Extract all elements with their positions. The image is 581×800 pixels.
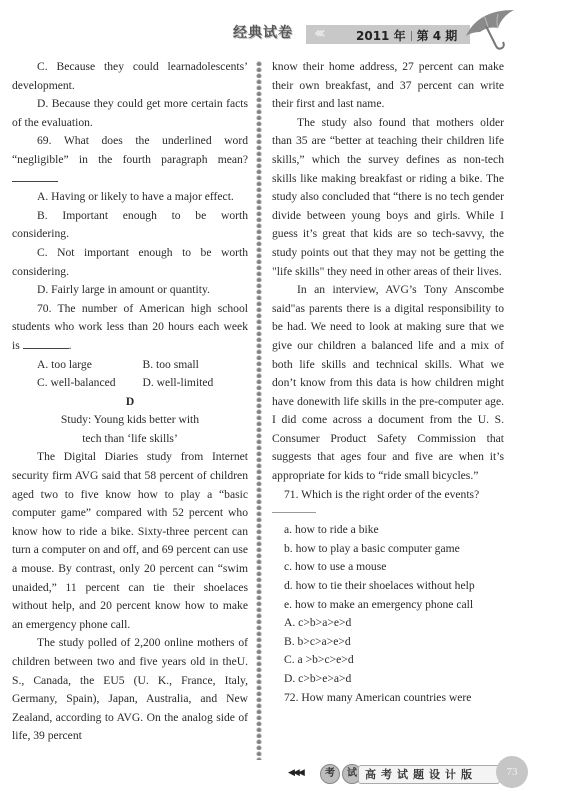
q70-options-row-1: A. too large B. too small <box>12 356 248 375</box>
page-number: 73 <box>496 756 528 788</box>
year-label: 2011 年 <box>356 29 406 43</box>
q70-option-b: B. too small <box>143 356 249 375</box>
arrows-icon: ◀◀◀ <box>288 768 303 778</box>
footer-title: 高考试题设计版 <box>365 766 477 783</box>
q68-option-c: C. Because they could learnadolescents’ … <box>12 58 248 95</box>
chevrons-icon: ‹‹‹ <box>314 23 322 42</box>
article-paragraph-2: The study polled of 2,200 online mothers… <box>12 634 248 746</box>
q70-option-c: C. well-balanced <box>37 374 143 393</box>
page-header: 经典试卷 ‹‹‹ 2011 年第 4 期 <box>0 0 581 50</box>
q71-item: c. how to use a mouse <box>272 558 504 577</box>
q71-option-d: D. c>b>e>a>d <box>272 670 504 689</box>
q68-option-d: D. Because they could get more certain f… <box>12 95 248 132</box>
q69-option-c: C. Not important enough to be worth cons… <box>12 244 248 281</box>
article-title-line-1: Study: Young kids better with <box>12 411 248 430</box>
issue-bar: ‹‹‹ 2011 年第 4 期 <box>306 25 470 44</box>
q69-option-d: D. Fairly large in amount or quantity. <box>12 281 248 300</box>
q70-stem: 70. The number of American high school s… <box>12 300 248 356</box>
article-paragraph-2-continued: know their home address, 27 percent can … <box>272 58 504 114</box>
q69-option-a: A. Having or likely to have a major effe… <box>12 188 248 207</box>
magazine-logo: 经典试卷 <box>233 22 293 42</box>
q69-stem: 69. What does the underlined word “negli… <box>12 132 248 188</box>
answer-blank <box>12 171 58 182</box>
issue-separator <box>411 31 412 41</box>
q71-stem: 71. Which is the right order of the even… <box>272 486 504 505</box>
q71-option-c: C. a >b>c>e>d <box>272 651 504 670</box>
article-title-line-2: tech than ‘life skills’ <box>12 430 248 449</box>
q70-option-a: A. too large <box>37 356 143 375</box>
q71-option-a: A. c>b>a>e>d <box>272 614 504 633</box>
q70-options-row-2: C. well-balanced D. well-limited <box>12 374 248 393</box>
issue-label: 2011 年第 4 期 <box>356 27 457 44</box>
article-paragraph-3: The study also found that mothers older … <box>272 114 504 281</box>
article-paragraph-1: The Digital Diaries study from Internet … <box>12 448 248 634</box>
page-footer: ◀◀◀ 考 试 高考试题设计版 73 <box>288 760 548 790</box>
footer-badge-kao: 考 <box>320 764 340 784</box>
q71-item: a. how to ride a bike <box>272 521 504 540</box>
column-divider <box>255 60 263 760</box>
q71-item: e. how to make an emergency phone call <box>272 596 504 615</box>
answer-blank <box>23 338 69 349</box>
q71-item: b. how to play a basic computer game <box>272 540 504 559</box>
left-column: C. Because they could learnadolescents’ … <box>12 58 248 746</box>
section-heading: D <box>12 393 248 412</box>
q69-option-b: B. Important enough to be worth consider… <box>12 207 248 244</box>
q71-option-b: B. b>c>a>e>d <box>272 633 504 652</box>
umbrella-icon <box>458 6 528 52</box>
q70-option-d: D. well-limited <box>143 374 249 393</box>
right-column: know their home address, 27 percent can … <box>272 58 504 707</box>
issue-number: 第 4 期 <box>417 29 458 43</box>
q71-item: d. how to tie their shoelaces without he… <box>272 577 504 596</box>
footer-title-band: 高考试题设计版 <box>358 765 500 784</box>
q72-stem: 72. How many American countries were <box>272 689 504 708</box>
article-paragraph-4: In an interview, AVG’s Tony Anscombe sai… <box>272 281 504 486</box>
answer-blank <box>272 512 316 513</box>
